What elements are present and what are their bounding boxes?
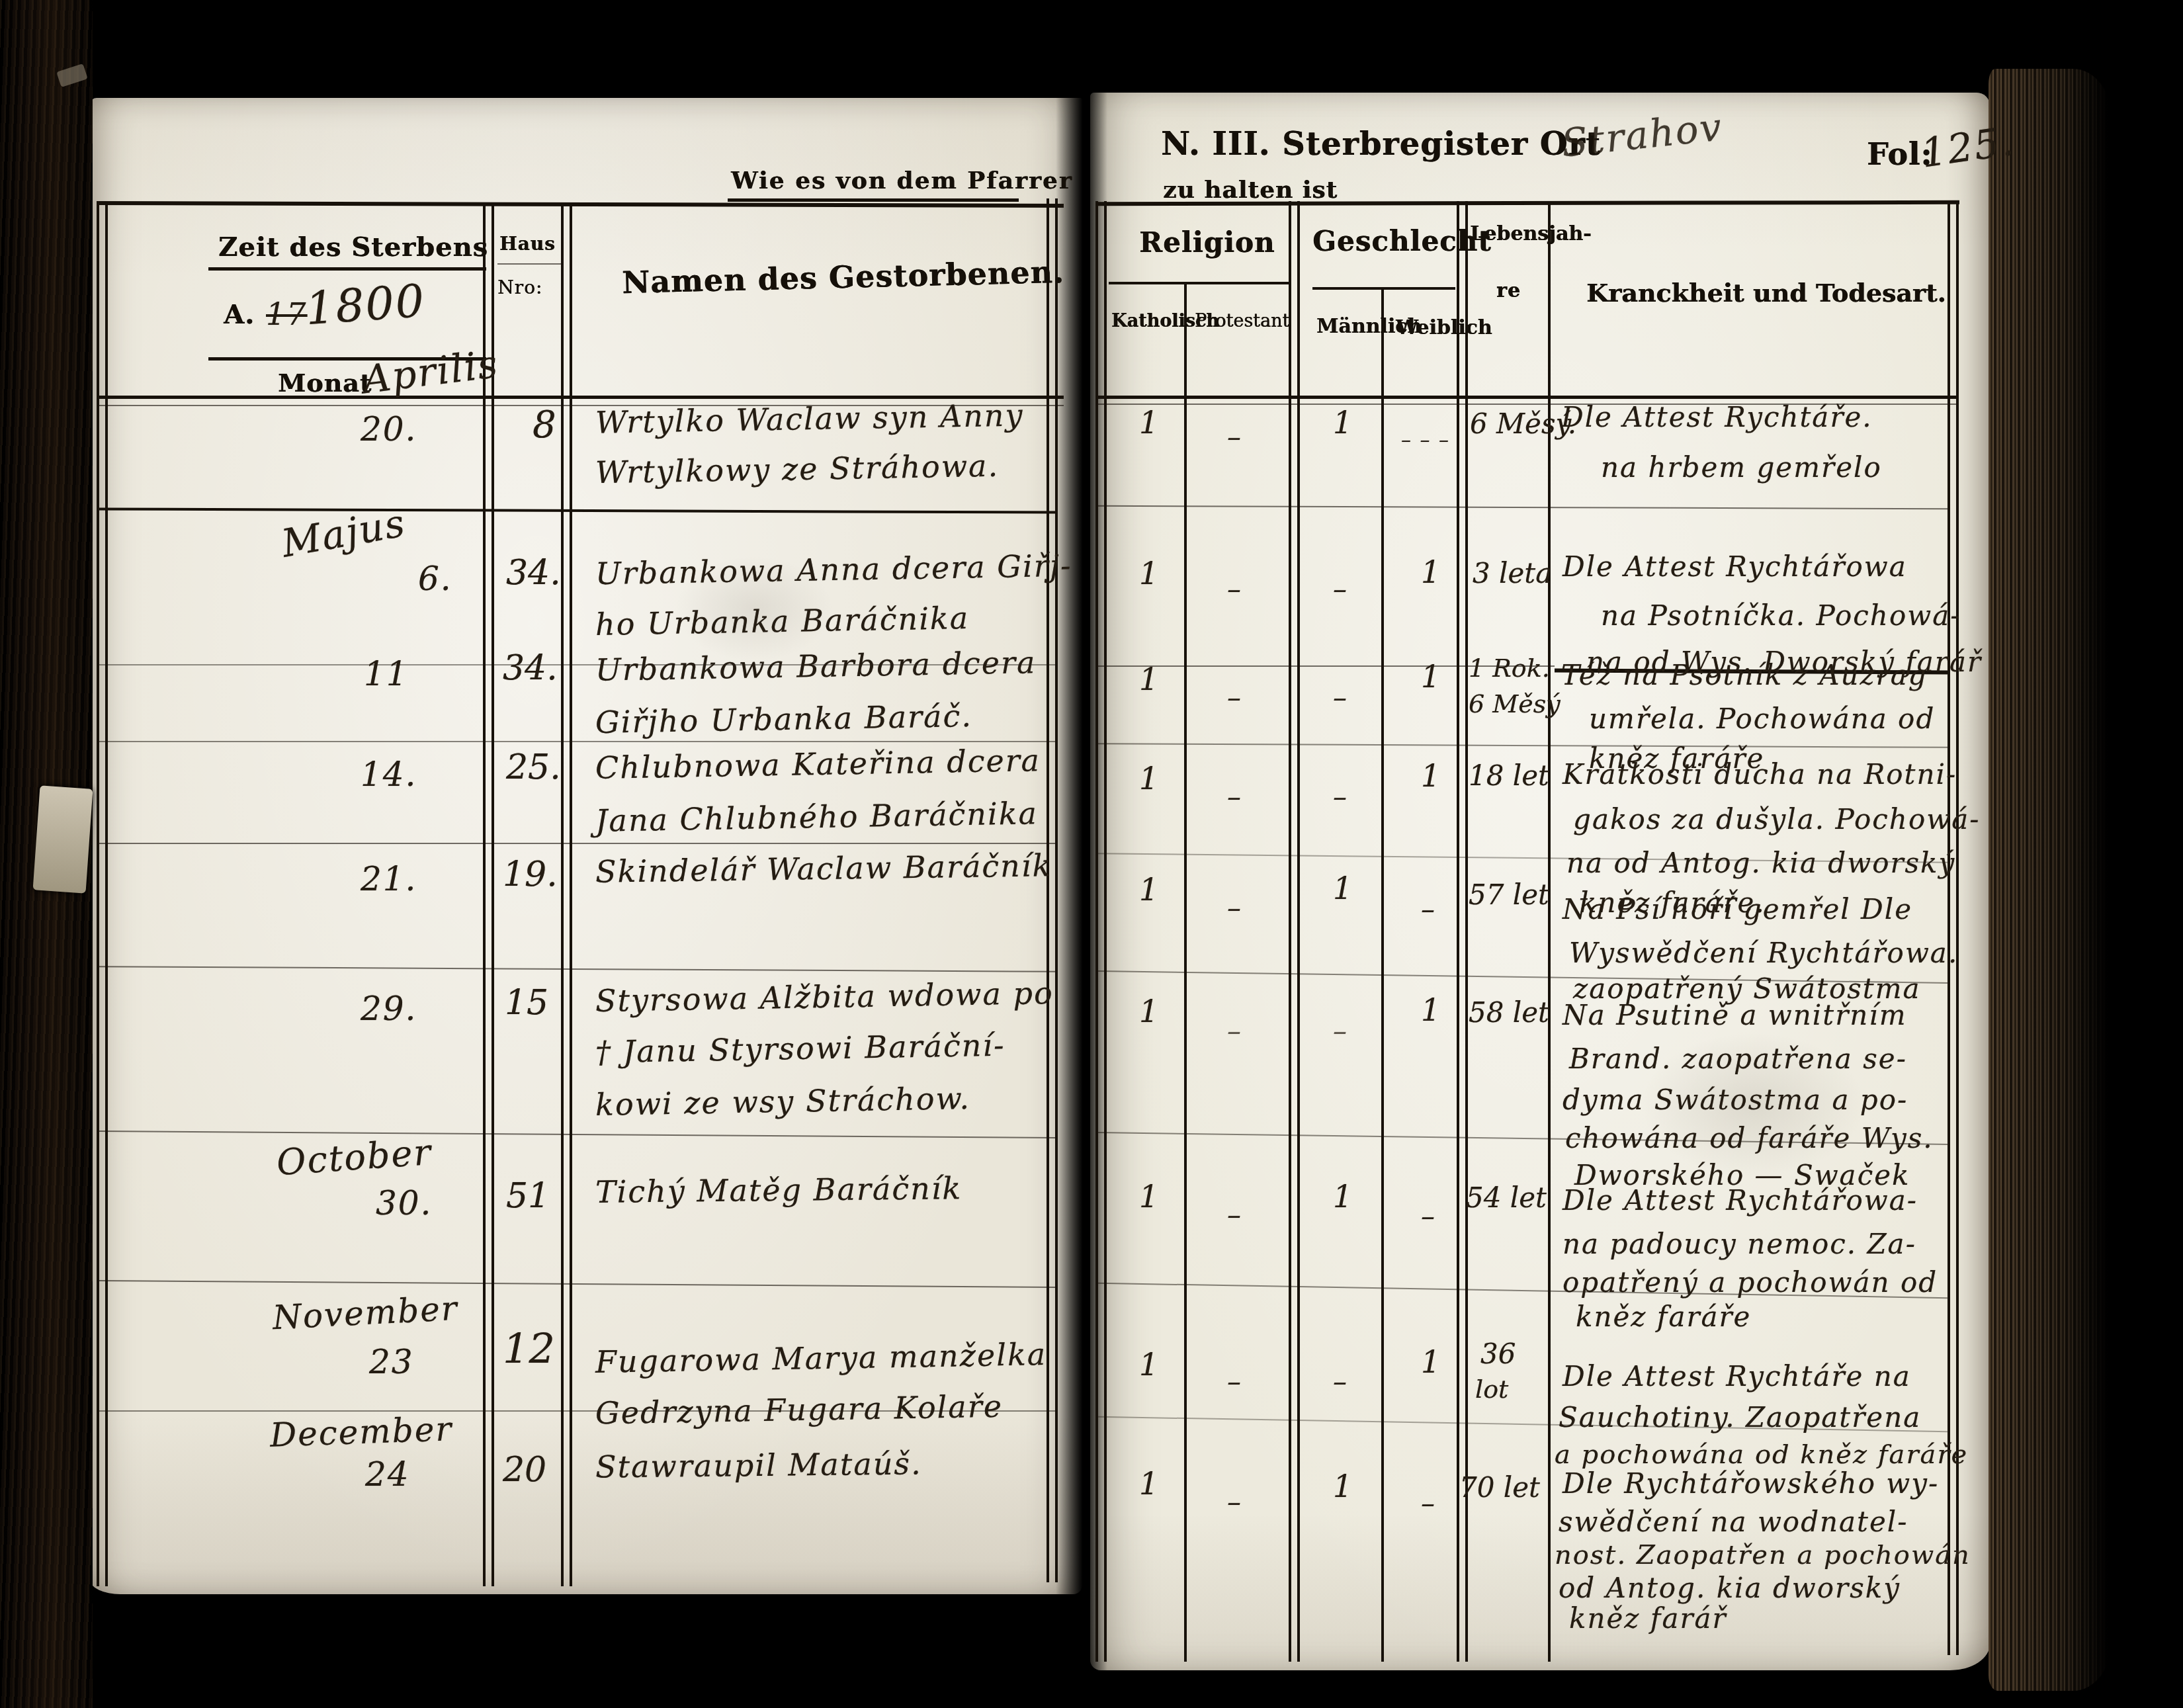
name-line: Skindelář Waclaw Baráčník — [595, 847, 1052, 890]
cause-line: chowána od faráře Wys. — [1565, 1122, 1934, 1154]
cause-line: umřela. Pochowána od — [1589, 703, 1935, 735]
catholic-mark: 1 — [1139, 1347, 1160, 1383]
cause-line: od Antog. kia dworský — [1559, 1572, 1901, 1604]
protestant-mark: – — [1227, 1365, 1242, 1398]
col-header-age-1: Lebensjah- — [1470, 222, 1592, 245]
col-header-weiblich: Weiblich — [1396, 316, 1492, 339]
female-mark: 1 — [1421, 992, 1441, 1028]
age-line: 1 Rok. — [1469, 654, 1550, 683]
name-line: Tichý Matěg Baráčník — [595, 1170, 963, 1210]
left-note-underline — [728, 198, 1019, 202]
death-date: 23 — [369, 1343, 414, 1381]
name-line: Stawraupil Mataúš. — [595, 1445, 922, 1484]
name-line: Giřjho Urbanka Baráč. — [595, 698, 973, 740]
month-label: Monat — [278, 368, 372, 398]
protestant-mark: – — [1227, 892, 1242, 924]
house-number: 51 — [506, 1176, 550, 1216]
cause-line: Dle Attest Rychtáře. — [1561, 401, 1873, 433]
house-number: 34. — [506, 553, 561, 593]
male-mark: – — [1333, 1365, 1348, 1398]
name-line: † Janu Styrsowi Baráční- — [595, 1027, 1006, 1070]
age-value: 6 Měsý. — [1470, 407, 1576, 440]
spine-bookmark — [33, 785, 93, 893]
row-separator — [99, 843, 1056, 844]
male-mark: – — [1333, 681, 1348, 714]
death-date: 11 — [364, 655, 409, 693]
col-header-house-1: Haus — [499, 233, 556, 255]
cause-line: na hrbem gemřelo — [1601, 451, 1882, 484]
catholic-mark: 1 — [1139, 1179, 1160, 1215]
age-line: 36 — [1480, 1338, 1516, 1370]
cause-line: Též na Psotník z Auzrag — [1561, 659, 1928, 691]
name-line: ho Urbanka Baráčnika — [595, 600, 970, 642]
male-mark: – — [1333, 781, 1348, 813]
female-mark: 1 — [1421, 554, 1441, 590]
name-line: kowi ze wsy Stráchow. — [595, 1080, 971, 1123]
time-header-underline — [208, 267, 486, 271]
house-col-right-divider — [561, 202, 572, 1586]
catholic-mark: 1 — [1139, 872, 1160, 908]
house-number: 20 — [503, 1450, 546, 1490]
right-table-right-border — [1948, 201, 1959, 1655]
name-line: Wrtylko Waclaw syn Anny — [595, 397, 1024, 440]
cause-line: Brand. zaopatřena se- — [1569, 1043, 1907, 1075]
cause-line: opatřený a pochowán od — [1562, 1266, 1938, 1299]
female-mark: 1 — [1421, 1344, 1441, 1380]
male-mark: 1 — [1333, 1179, 1353, 1215]
year-prefix: A. — [224, 299, 255, 330]
cause-line: Dle Rychtářowského wy- — [1562, 1467, 1939, 1500]
right-table-left-border — [1095, 201, 1107, 1662]
cause-line: kněz farář — [1569, 1602, 1727, 1635]
cause-line: Na Psí hoří gemřel Dle — [1562, 893, 1912, 925]
male-mark: – — [1333, 1015, 1348, 1047]
age-line: lot — [1475, 1375, 1508, 1404]
protestant-mark: – — [1227, 1199, 1242, 1231]
cause-line: Dle Attest Rychtáře na — [1562, 1360, 1911, 1392]
name-line: Wrtylkowy ze Stráhowa. — [595, 448, 1000, 491]
fore-edge-pages — [1989, 69, 2113, 1691]
cause-line: dyma Swátostma a po- — [1562, 1084, 1908, 1116]
male-mark: – — [1333, 573, 1348, 605]
cause-line: a pochowána od kněz faráře — [1555, 1439, 1968, 1470]
cause-line: Dle Attest Rychtářowa — [1562, 550, 1907, 583]
cause-line: nost. Zaopatřen a pochowán — [1555, 1540, 1971, 1570]
month-heading: December — [269, 1410, 453, 1455]
cause-line: Na Psutině a wnitřním — [1562, 999, 1907, 1031]
death-date: 30. — [376, 1184, 433, 1222]
col-header-protestant: Protestant — [1195, 311, 1289, 331]
age-value: 3 leta — [1473, 557, 1552, 589]
cause-line: Wyswědčení Rychtářowa. — [1569, 937, 1958, 969]
catholic-mark: 1 — [1139, 1466, 1160, 1502]
cause-line: gakos za dušyla. Pochowá- — [1573, 803, 1980, 835]
female-mark: – — [1421, 893, 1436, 925]
page-title: N. III. Sterbregister Ort — [1161, 126, 1601, 163]
house-number: 15 — [505, 983, 548, 1023]
year-struck-digits: 17 — [266, 296, 308, 332]
col-header-cause: Kranckheit und Todesart. — [1586, 278, 1946, 308]
female-mark: – — [1421, 1200, 1436, 1232]
protestant-mark: – — [1227, 1015, 1242, 1047]
house-number: 19. — [503, 855, 558, 894]
house-number: 8 — [533, 404, 558, 447]
age-value: 58 let — [1469, 996, 1549, 1029]
cause-line: Sauchotiny. Zaopatřena — [1559, 1401, 1921, 1433]
house-number: 12 — [503, 1324, 555, 1373]
male-mark: 1 — [1333, 405, 1353, 441]
left-page-note: Wie es von dem Pfarrer — [731, 167, 1073, 194]
death-date: 24 — [365, 1455, 410, 1494]
col-header-religion: Religion — [1139, 226, 1275, 259]
page-subtitle: zu halten ist — [1163, 176, 1338, 204]
protestant-mark: – — [1227, 681, 1242, 714]
protestant-mark: – — [1227, 781, 1242, 813]
death-date: 6. — [418, 560, 452, 598]
catholic-mark: 1 — [1139, 556, 1160, 591]
male-mark: 1 — [1333, 1469, 1353, 1504]
cause-line: na Psotníčka. Pochowá- — [1601, 599, 1961, 632]
cause-line: na padoucy nemoc. Za- — [1562, 1228, 1916, 1260]
catholic-mark: 1 — [1139, 761, 1160, 796]
catholic-mark: 1 — [1139, 662, 1160, 697]
cause-line: swědčení na wodnatel- — [1559, 1506, 1908, 1538]
left-table-left-border — [97, 202, 108, 1586]
religion-geschlecht-divider — [1289, 201, 1300, 1662]
cause-line: Kratkosti ducha na Rotni- — [1562, 758, 1957, 790]
age-value: 18 let — [1469, 759, 1549, 792]
age-value: 54 let — [1466, 1181, 1547, 1214]
house-number: 34. — [503, 648, 558, 688]
cause-line: Dle Attest Rychtářowa- — [1562, 1184, 1918, 1217]
protestant-mark: – — [1227, 1486, 1242, 1518]
right-header-bottom-border — [1095, 396, 1957, 399]
female-mark: 1 — [1421, 758, 1441, 794]
death-date: 20. — [361, 410, 417, 448]
female-mark: – – – — [1401, 429, 1450, 452]
house-header-underline — [497, 263, 561, 265]
col-header-house-2: Nro: — [497, 277, 542, 298]
cause-line: na od Antog. kia dworský — [1566, 847, 1955, 879]
year-value-handwritten: 1800 — [304, 275, 427, 335]
geschlecht-underline — [1312, 287, 1455, 290]
age-value: 57 let — [1469, 878, 1549, 911]
house-number: 25. — [506, 747, 561, 787]
house-col-left-divider — [483, 202, 494, 1586]
religion-underline — [1109, 282, 1289, 284]
col-header-geschlecht: Geschlecht — [1312, 225, 1492, 257]
age-line: 6 Měsý — [1469, 689, 1561, 718]
col-header-time: Zeit des Sterbens — [218, 232, 488, 263]
col-header-age-2: re — [1496, 279, 1521, 302]
age-value: 70 let — [1459, 1471, 1540, 1504]
book-scan: Wie es von dem Pfarrer Zeit des Sterbens… — [0, 0, 2183, 1708]
death-date: 21. — [361, 860, 417, 898]
death-date: 29. — [361, 990, 417, 1028]
female-mark: 1 — [1421, 659, 1441, 695]
name-line: Gedrzyna Fugara Kolaře — [595, 1388, 1004, 1431]
death-date: 14. — [361, 755, 417, 794]
row-separator — [99, 741, 1056, 742]
catholic-mark: 1 — [1139, 994, 1160, 1029]
geschlecht-age-divider — [1457, 201, 1468, 1662]
cause-line: kněz faráře — [1576, 1301, 1751, 1333]
catholic-mark: 1 — [1139, 405, 1160, 441]
protestant-mark: – — [1227, 573, 1242, 605]
female-mark: – — [1421, 1487, 1436, 1519]
protestant-mark: – — [1227, 421, 1242, 453]
male-mark: 1 — [1333, 871, 1353, 906]
